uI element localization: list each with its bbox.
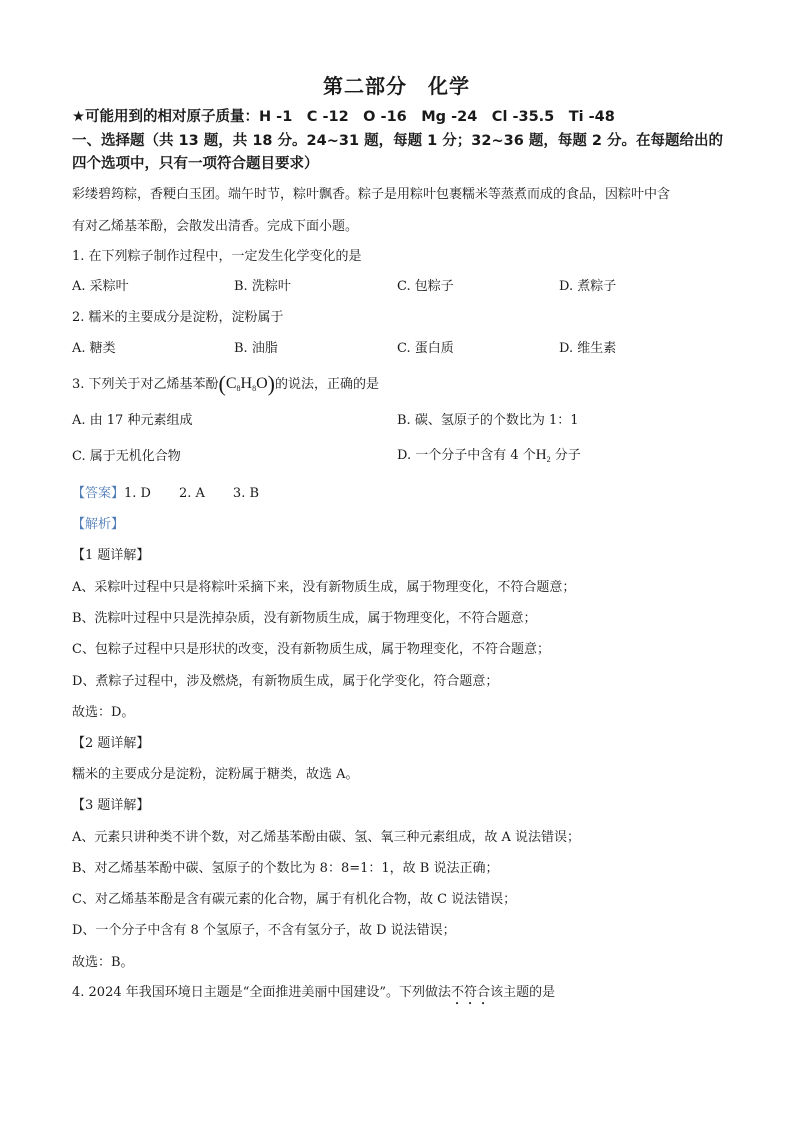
answer-label: 【答案】 xyxy=(72,486,124,501)
question-3-option-a: A. 由 17 种元素组成 xyxy=(72,413,192,429)
question-4-stem: 4. 2024 年我国环境日主题是“全面推进美丽中国建设”。下列做法不符合该主题… xyxy=(72,985,555,1008)
question-3-stem: 3. 下列关于对乙烯基苯酚(C8H8O)的说法，正确的是 xyxy=(72,376,379,397)
detail-3-line: C、对乙烯基苯酚是含有碳元素的化合物，属于有机化合物，故 C 说法错误； xyxy=(72,892,516,908)
detail-2-line: 糯米的主要成分是淀粉，淀粉属于糖类，故选 A。 xyxy=(72,767,359,783)
detail-3-line: B、对乙烯基苯酚中碳、氢原子的个数比为 8：8=1：1，故 B 说法正确； xyxy=(72,861,498,877)
question-3-option-c: C. 属于无机化合物 xyxy=(72,449,181,465)
page-title: 第二部分 化学 xyxy=(0,70,793,99)
answer-1: 1. D xyxy=(124,486,151,501)
passage-line-1: 彩缕碧筠粽，香粳白玉团。端午时节，粽叶飘香。粽子是用粽叶包裹糯米等蒸煮而成的食品… xyxy=(72,187,670,203)
question-3-stem-suffix: 的说法，正确的是 xyxy=(275,377,379,392)
analysis-label: 【解析】 xyxy=(72,517,124,533)
detail-1-line: C、包粽子过程中只是形状的改变，没有新物质生成，属于物理变化，不符合题意； xyxy=(72,642,550,658)
question-3-option-d: D. 一个分子中含有 4 个H2 分子 xyxy=(397,447,581,468)
question-1-stem: 1. 在下列粽子制作过程中，一定发生化学变化的是 xyxy=(72,249,362,265)
detail-1-line: B、洗粽叶过程中只是洗掉杂质，没有新物质生成，属于物理变化，不符合题意； xyxy=(72,611,537,627)
detail-3-line: A、元素只讲种类不讲个数，对乙烯基苯酚由碳、氢、氧三种元素组成，故 A 说法错误… xyxy=(72,830,580,846)
question-3-stem-prefix: 3. 下列关于对乙烯基苯酚 xyxy=(72,377,219,392)
detail-3-line: D、一个分子中含有 8 个氢原子，不含有氢分子，故 D 说法错误； xyxy=(72,923,456,939)
detail-1-heading: 【1 题详解】 xyxy=(72,548,149,564)
passage-line-2: 有对乙烯基苯酚，会散发出清香。完成下面小题。 xyxy=(72,219,358,235)
emphasized-text: 不符合 xyxy=(451,985,490,1000)
answer-2: 2. A xyxy=(179,486,205,501)
question-2-option-c: C. 蛋白质 xyxy=(397,341,454,357)
question-1-option-d: D. 煮粽子 xyxy=(559,279,616,295)
question-1-option-c: C. 包粽子 xyxy=(397,279,454,295)
answer-line: 【答案】1. D2. A3. B xyxy=(72,486,259,502)
detail-1-line: A、采粽叶过程中只是将粽叶采摘下来，没有新物质生成，属于物理变化，不符合题意； xyxy=(72,580,575,596)
section-heading-line-1: 一、选择题（共 13 题，共 18 分。24~31 题，每题 1 分；32~36… xyxy=(72,133,723,149)
chemical-formula: (C8H8O) xyxy=(219,375,275,392)
question-1-option-a: A. 采粽叶 xyxy=(72,279,129,295)
question-2-stem: 2. 糯米的主要成分是淀粉，淀粉属于 xyxy=(72,310,284,326)
detail-2-heading: 【2 题详解】 xyxy=(72,736,149,752)
question-1-option-b: B. 洗粽叶 xyxy=(234,279,291,295)
question-2-option-b: B. 油脂 xyxy=(234,341,278,357)
atomic-masses-note: ★可能用到的相对原子质量：H -1 C -12 O -16 Mg -24 Cl … xyxy=(72,109,615,125)
answer-3: 3. B xyxy=(233,486,259,501)
question-2-option-d: D. 维生素 xyxy=(559,341,616,357)
section-heading-line-2: 四个选项中，只有一项符合题目要求） xyxy=(72,156,319,172)
question-3-option-b: B. 碳、氢原子的个数比为 1：1 xyxy=(397,413,579,429)
detail-1-line: D、煮粽子过程中，涉及燃烧，有新物质生成，属于化学变化，符合题意； xyxy=(72,674,498,690)
question-2-option-a: A. 糖类 xyxy=(72,341,116,357)
detail-3-heading: 【3 题详解】 xyxy=(72,798,149,814)
detail-1-conclusion: 故选：D。 xyxy=(72,705,134,721)
detail-3-conclusion: 故选：B。 xyxy=(72,955,134,971)
